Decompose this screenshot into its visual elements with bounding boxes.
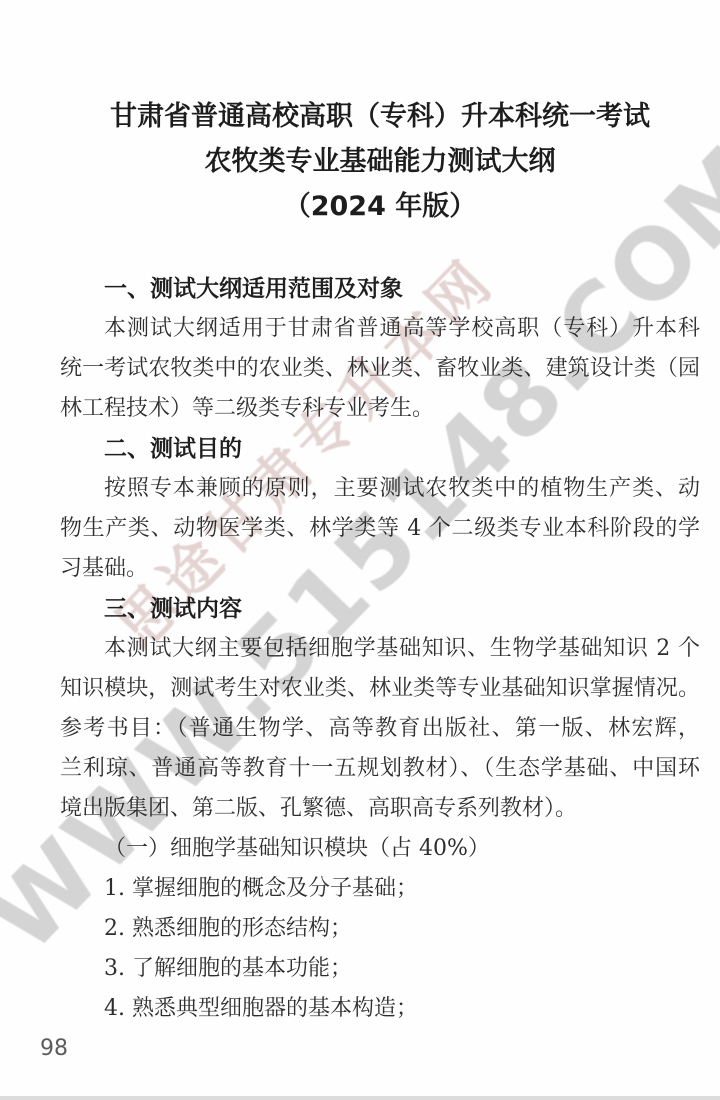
section-3-line-1: 本测试大纲主要包括细胞学基础知识、生物学基础知识 2 个: [60, 629, 700, 669]
section-1-line-2: 统一考试农牧类中的农业类、林业类、畜牧业类、建筑设计类（园: [60, 349, 700, 389]
title-line-1: 甘肃省普通高校高职（专科）升本科统一考试: [60, 94, 700, 139]
section-3-heading: 三、测试内容: [60, 589, 700, 629]
list-item-1: 1. 掌握细胞的概念及分子基础；: [60, 869, 700, 909]
section-2-line-1: 按照专本兼顾的原则，主要测试农牧类中的植物生产类、动: [60, 469, 700, 509]
section-1-line-1: 本测试大纲适用于甘肃省普通高等学校高职（专科）升本科: [60, 309, 700, 349]
title-line-3: （2024 年版）: [60, 184, 700, 229]
section-2-line-2: 物生产类、动物医学类、林学类等 4 个二级类专业本科阶段的学: [60, 509, 700, 549]
subsection-1-heading: （一）细胞学基础知识模块（占 40%）: [60, 829, 700, 869]
scan-bottom-edge: [0, 1096, 720, 1100]
section-2-line-3: 习基础。: [60, 549, 700, 589]
document-title: 甘肃省普通高校高职（专科）升本科统一考试 农牧类专业基础能力测试大纲 （2024…: [60, 94, 700, 229]
list-item-4: 4. 熟悉典型细胞器的基本构造；: [60, 989, 700, 1029]
section-1-heading: 一、测试大纲适用范围及对象: [60, 269, 700, 309]
list-item-2: 2. 熟悉细胞的形态结构；: [60, 909, 700, 949]
section-3-line-4: 兰利琼、普通高等教育十一五规划教材）、（生态学基础、中国环: [60, 749, 700, 789]
section-3-line-3: 参考书目：（普通生物学、高等教育出版社、第一版、林宏辉，: [60, 709, 700, 749]
title-line-2: 农牧类专业基础能力测试大纲: [60, 139, 700, 184]
document-content: 甘肃省普通高校高职（专科）升本科统一考试 农牧类专业基础能力测试大纲 （2024…: [0, 0, 720, 1029]
section-2-heading: 二、测试目的: [60, 429, 700, 469]
page-number: 98: [40, 1036, 68, 1061]
section-1-line-3: 林工程技术）等二级类专科专业考生。: [60, 389, 700, 429]
section-3-line-5: 境出版集团、第二版、孔繁德、高职高专系列教材）。: [60, 789, 700, 829]
list-item-3: 3. 了解细胞的基本功能；: [60, 949, 700, 989]
scanned-document-page: 思途甘肃专升本网 WWW.515148.COM 甘肃省普通高校高职（专科）升本科…: [0, 0, 720, 1100]
section-3-line-2: 知识模块，测试考生对农业类、林业类等专业基础知识掌握情况。: [60, 669, 700, 709]
